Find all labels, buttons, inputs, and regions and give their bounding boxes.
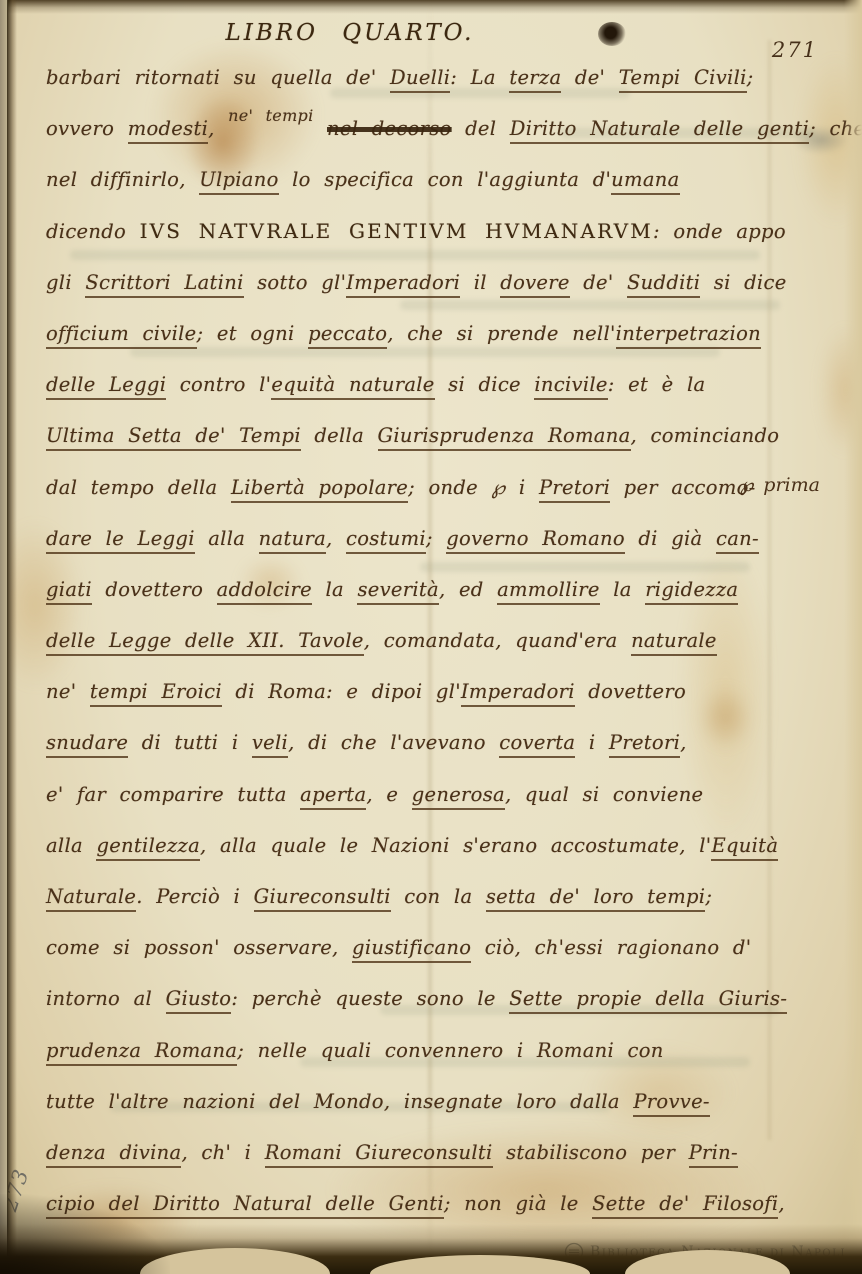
manuscript-line: denza divina, ch' i Romani Giureconsulti… [46,1127,828,1178]
manuscript-line: giati dovettero addolcire la severità, e… [46,564,828,615]
page-title: LIBRO QUARTO. [120,20,580,46]
manuscript-line: barbari ritornati su quella de' Duelli: … [46,52,828,103]
manuscript-line: alla gentilezza, alla quale le Nazioni s… [46,820,828,871]
ink-blot [598,22,626,46]
manuscript-line: gli Scrittori Latini sotto gl'Imperadori… [46,257,828,308]
margin-note: ℘ prima [740,474,820,496]
manuscript-line: ovvero modesti, ne' tempi nel decorso de… [46,103,828,154]
bottom-left-corner-shadow [0,1194,170,1274]
manuscript-line: officium civile; et ogni peccato, che si… [46,308,828,359]
manuscript-text-block: barbari ritornati su quella de' Duelli: … [46,52,828,1229]
page-top-edge [0,0,862,14]
manuscript-line: intorno al Giusto: perchè queste sono le… [46,973,828,1024]
manuscript-line: delle Legge delle XII. Tavole, comandata… [46,615,828,666]
manuscript-line: snudare di tutti i veli, di che l'avevan… [46,717,828,768]
manuscript-line: Ultima Setta de' Tempi della Giurisprude… [46,410,828,461]
manuscript-line: e' far comparire tutta aperta, e generos… [46,769,828,820]
manuscript-line: ne' tempi Eroici di Roma: e dipoi gl'Imp… [46,666,828,717]
manuscript-line: prudenza Romana; nelle quali convennero … [46,1025,828,1076]
binding-gutter-shadow [7,0,17,1274]
manuscript-line: come si posson' osservare, giustificano … [46,922,828,973]
manuscript-line: nel diffinirlo, Ulpiano lo specifica con… [46,154,828,205]
manuscript-page-scan: LIBRO QUARTO. 271 barbari ritornati su q… [0,0,862,1274]
manuscript-line: delle Leggi contro l'equità naturale si … [46,359,828,410]
manuscript-line: dicendo IVS NATVRALE GENTIVM HVMANARVM: … [46,206,828,257]
manuscript-line: dal tempo della Libertà popolare; onde ℘… [46,462,828,513]
page-right-edge [844,0,862,1274]
manuscript-line: Naturale. Perciò i Giureconsulti con la … [46,871,828,922]
manuscript-line: dare le Leggi alla natura, costumi; gove… [46,513,828,564]
manuscript-line: tutte l'altre nazioni del Mondo, insegna… [46,1076,828,1127]
